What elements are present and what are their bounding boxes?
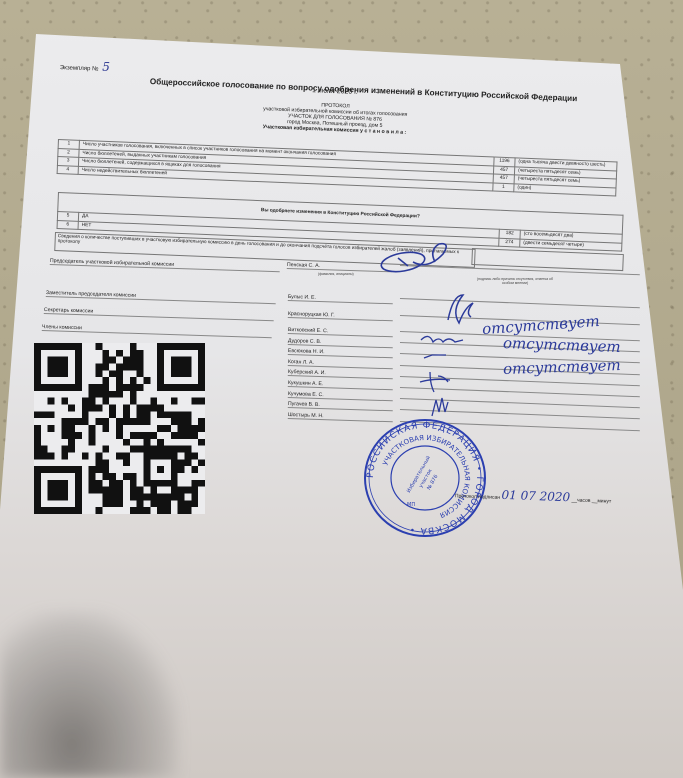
signed-date: 01 07 2020 <box>501 488 570 504</box>
minutes-label: минут <box>597 498 611 504</box>
stamp-mp-label: МП <box>407 502 415 508</box>
sign-caption: (подпись либо причина отсутствия, отметк… <box>475 277 555 285</box>
precinct-stamp-icon: РОССИЙСКАЯ ФЕДЕРАЦИЯ • ГОРОД МОСКВА • УЧ… <box>363 418 487 538</box>
signed-label: Протокол подписан <box>455 493 500 501</box>
copy-number-handwritten: 5 <box>102 60 110 74</box>
hand-shadow <box>0 610 180 778</box>
copy-label: Экземпляр № <box>60 65 99 72</box>
row-number: 4 <box>57 165 78 174</box>
deputy-signature <box>440 290 480 330</box>
chair-signature <box>378 240 468 280</box>
row-value: 274 <box>499 238 520 247</box>
row-number: 6 <box>57 220 78 229</box>
row-value: 1 <box>493 182 514 191</box>
name-caption: (фамилия, инициалы) <box>318 272 354 276</box>
member-signatures <box>418 330 478 420</box>
copy-number: Экземпляр № 5 <box>60 58 110 74</box>
qr-code <box>25 343 214 514</box>
hours-label: часов <box>577 498 591 504</box>
